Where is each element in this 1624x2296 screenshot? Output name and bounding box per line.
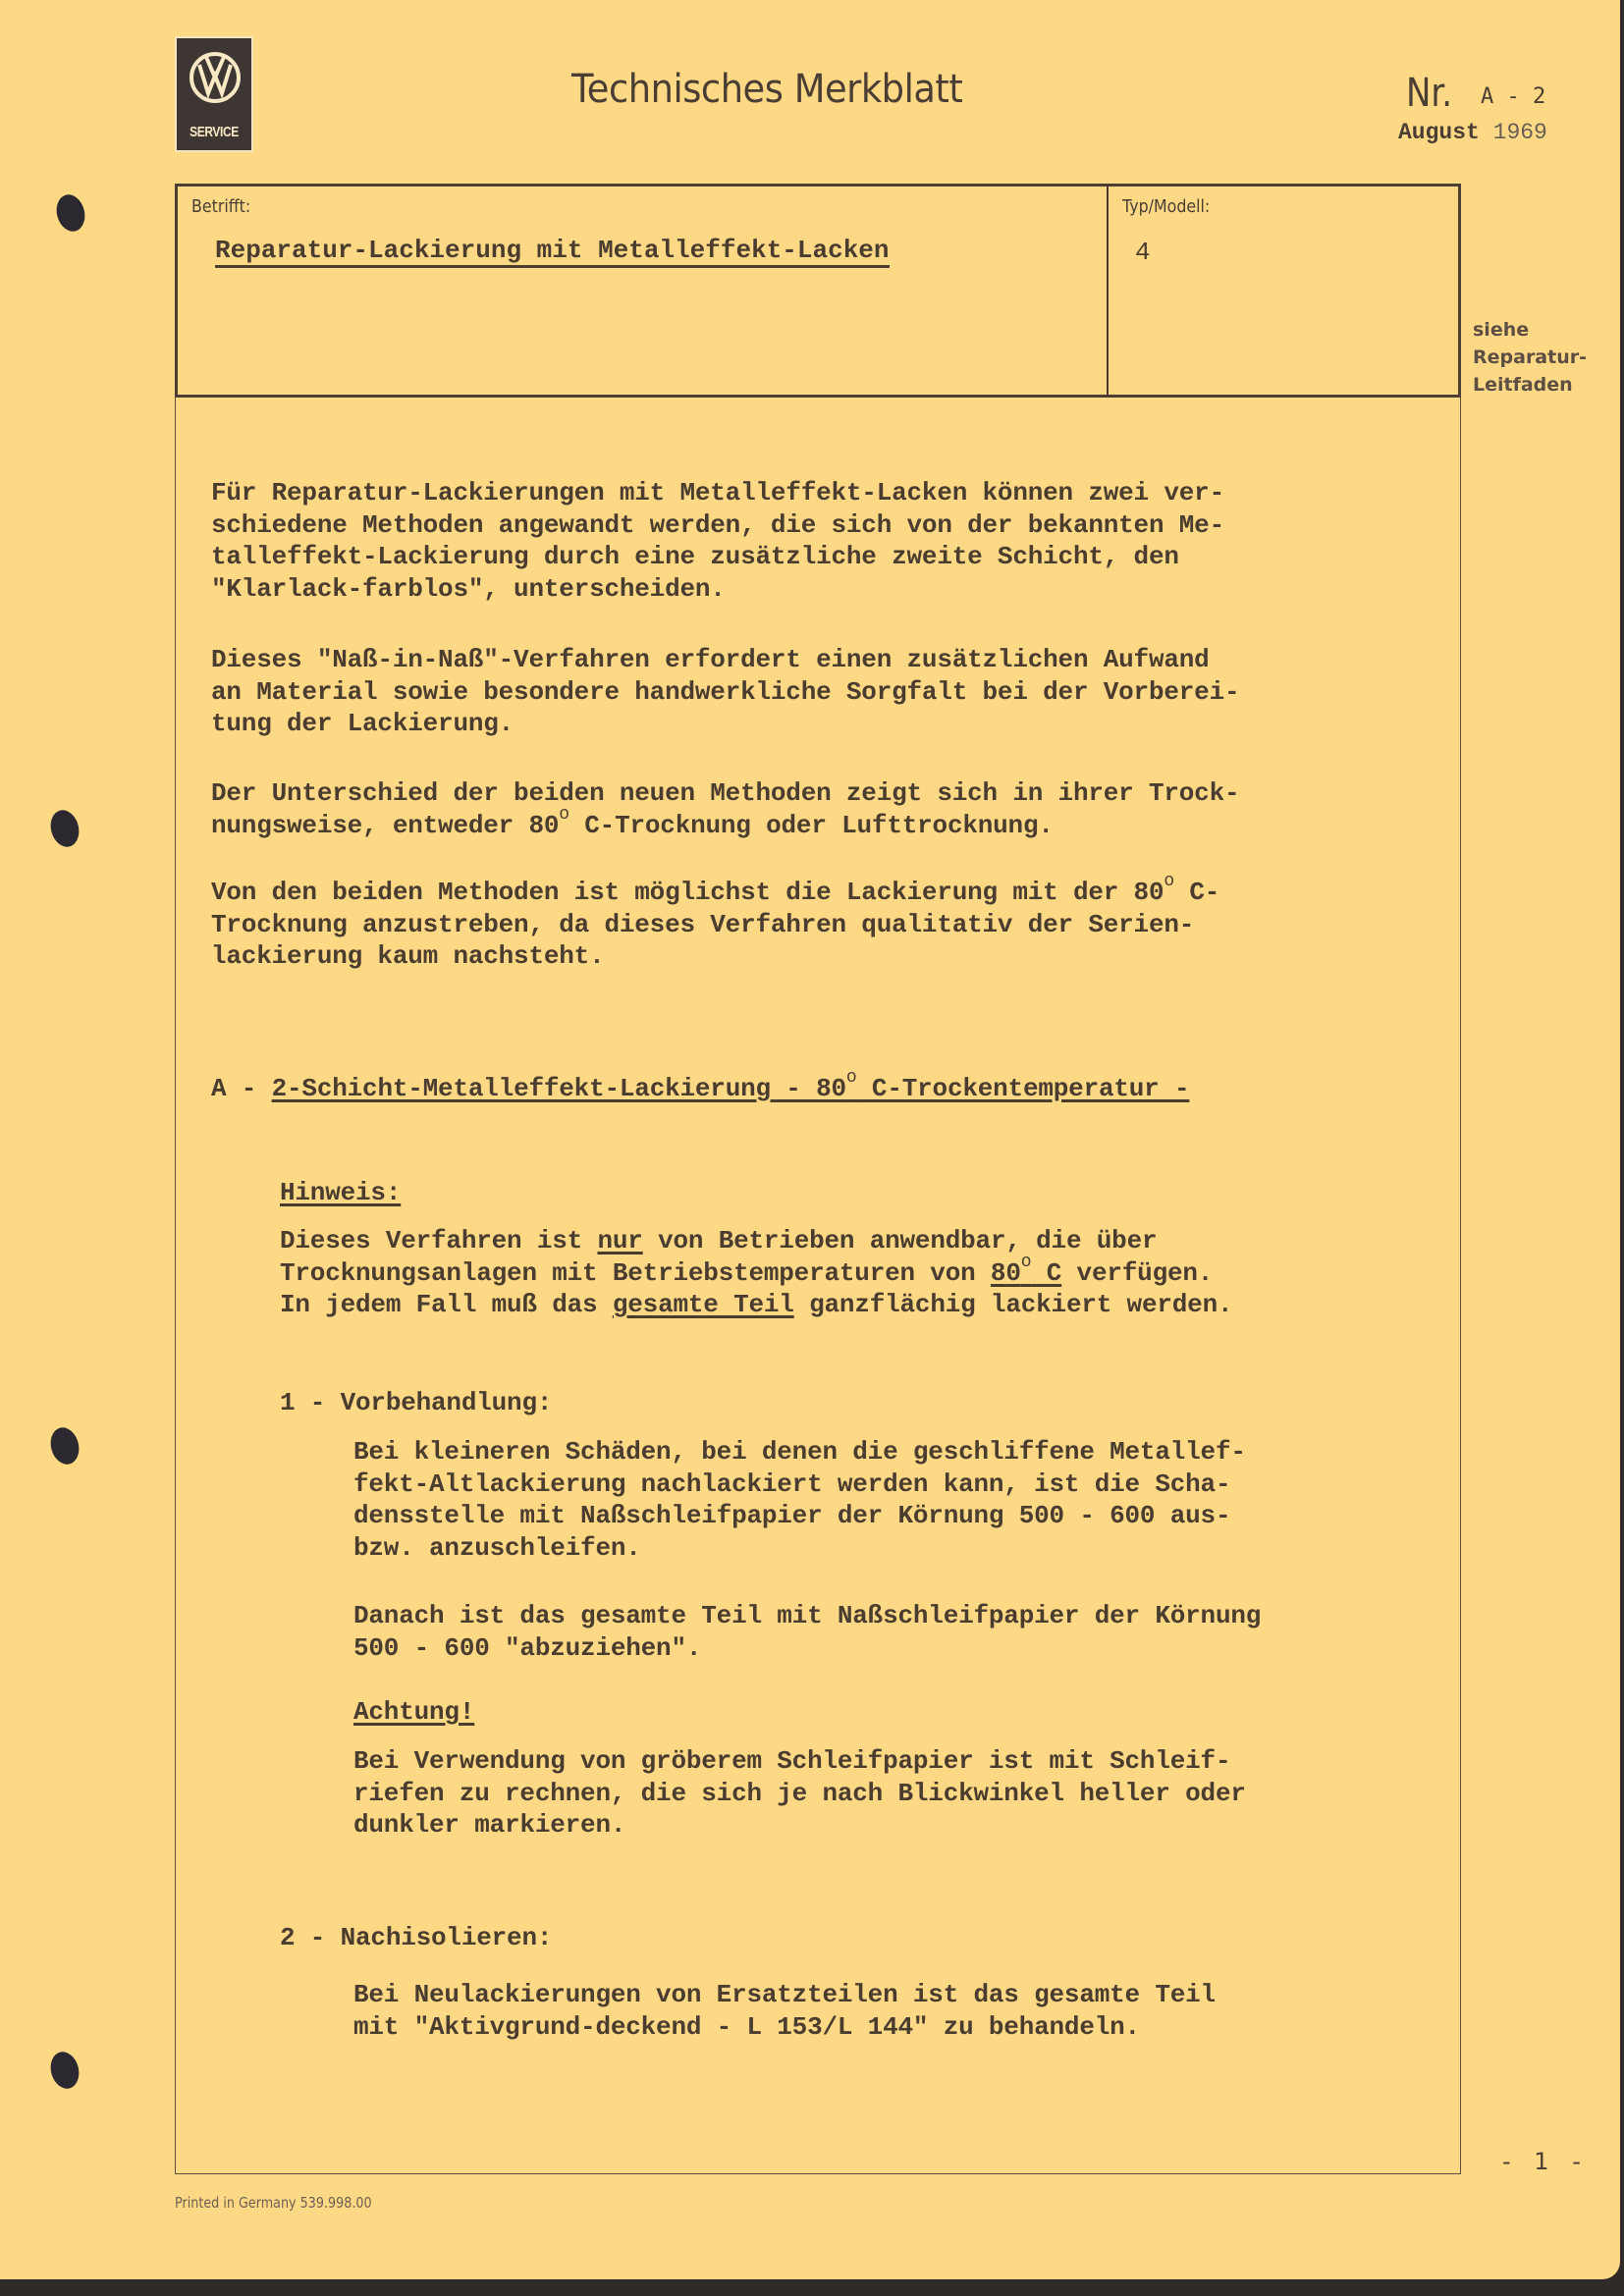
achtung-label: Achtung! bbox=[353, 1696, 474, 1729]
punch-hole bbox=[53, 191, 89, 235]
step-2-text: Bei Neulackierungen von Ersatzteilen ist… bbox=[353, 1979, 1216, 2043]
step-2-title: 2 - Nachisolieren: bbox=[280, 1922, 552, 1954]
document-page: SERVICE Technisches Merkblatt Nr. A - 2 … bbox=[0, 0, 1620, 2279]
info-box: Betrifft: Reparatur-Lackierung mit Metal… bbox=[175, 184, 1461, 398]
hinweis-text: Dieses Verfahren ist nur von Betrieben a… bbox=[280, 1225, 1232, 1321]
subject-label: Betrifft: bbox=[191, 196, 250, 217]
side-note-line: Leitfaden bbox=[1473, 371, 1587, 399]
print-note: Printed in Germany 539.998.00 bbox=[175, 2194, 372, 2212]
side-note: siehe Reparatur- Leitfaden bbox=[1473, 316, 1587, 399]
page-title: Technisches Merkblatt bbox=[571, 67, 962, 112]
punch-hole bbox=[47, 2049, 83, 2092]
punch-hole bbox=[47, 807, 83, 850]
page-number: - 1 - bbox=[1502, 2148, 1589, 2175]
side-note-line: Reparatur- bbox=[1473, 344, 1587, 371]
nr-value: A - 2 bbox=[1481, 84, 1545, 109]
type-value: 4 bbox=[1135, 238, 1151, 267]
issue-date: August 1969 bbox=[1398, 120, 1547, 145]
intro-paragraph-3: Der Unterschied der beiden neuen Methode… bbox=[211, 777, 1239, 841]
nr-label: Nr. bbox=[1406, 71, 1452, 116]
service-label: SERVICE bbox=[185, 124, 244, 140]
date-month: August bbox=[1398, 120, 1480, 145]
date-year: 1969 bbox=[1493, 120, 1547, 145]
hinweis-label: Hinweis: bbox=[280, 1177, 401, 1209]
intro-paragraph-4: Von den beiden Methoden ist möglichst di… bbox=[211, 877, 1219, 973]
punch-hole bbox=[47, 1424, 83, 1468]
side-note-line: siehe bbox=[1473, 316, 1587, 344]
section-a-heading: A - 2-Schicht-Metalleffekt-Lackierung - … bbox=[211, 1073, 1189, 1105]
step-1-paragraph-1: Bei kleineren Schäden, bei denen die ges… bbox=[353, 1436, 1246, 1564]
step-1-paragraph-2: Danach ist das gesamte Teil mit Naßschle… bbox=[353, 1600, 1261, 1664]
achtung-text: Bei Verwendung von gröberem Schleifpapie… bbox=[353, 1745, 1246, 1842]
step-1-title: 1 - Vorbehandlung: bbox=[280, 1387, 552, 1419]
intro-paragraph-2: Dieses "Naß-in-Naß"-Verfahren erfordert … bbox=[211, 644, 1239, 740]
vw-logo-icon bbox=[187, 48, 244, 111]
type-label: Typ/Modell: bbox=[1122, 196, 1210, 217]
subject-value: Reparatur-Lackierung mit Metalleffekt-La… bbox=[215, 236, 890, 268]
intro-paragraph-1: Für Reparatur-Lackierungen mit Metalleff… bbox=[211, 477, 1224, 605]
info-box-divider bbox=[1107, 187, 1109, 395]
vw-service-logo: SERVICE bbox=[175, 36, 253, 152]
